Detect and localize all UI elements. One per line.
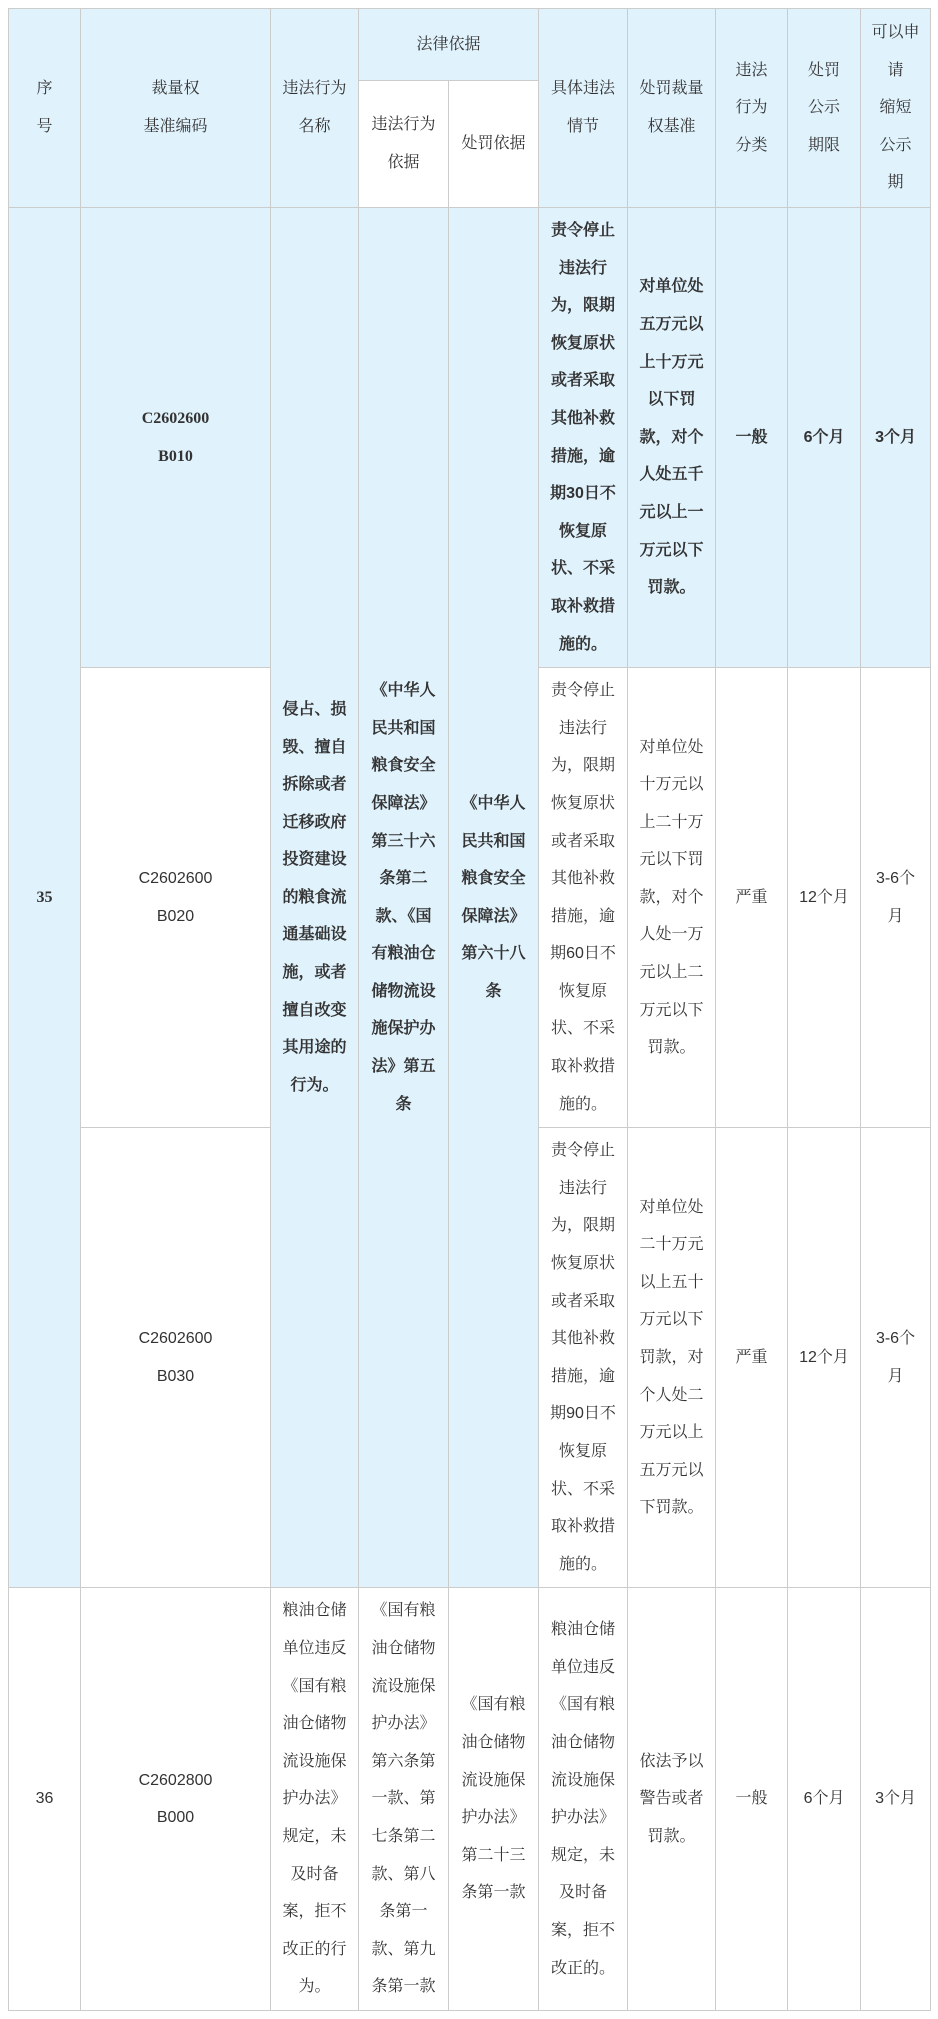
cell-violation-name-35: 侵占、损毁、擅自拆除或者迁移政府投资建设的粮食流通基础设施，或者擅自改变其用途的… [271, 208, 359, 1588]
cell-publicity-period-b020: 12个月 [788, 668, 861, 1128]
cell-circumstances-b030: 责令停止违法行为，限期恢复原状或者采取其他补救措施，逾期90日不恢复原状、不采取… [539, 1128, 628, 1588]
cell-circumstances-b020: 责令停止违法行为，限期恢复原状或者采取其他补救措施，逾期60日不恢复原状、不采取… [539, 668, 628, 1128]
header-penalty-basis: 处罚依据 [449, 81, 539, 208]
cell-publicity-period-b030: 12个月 [788, 1128, 861, 1588]
table-header: 序 号 裁量权 基准编码 违法行为 名称 法律依据 具体违法 情节 处罚裁量 权… [9, 9, 931, 208]
header-discretion-benchmark: 处罚裁量 权基准 [628, 9, 716, 208]
table-row-35-b010: 35 C2602600 B010 侵占、损毁、擅自拆除或者迁移政府投资建设的粮食… [9, 208, 931, 668]
cell-code-36: C2602800 B000 [81, 1588, 271, 2011]
header-violation-name: 违法行为 名称 [271, 9, 359, 208]
cell-classification-b030: 严重 [716, 1128, 788, 1588]
cell-shorten-period-36: 3个月 [861, 1588, 931, 2011]
cell-benchmark-36: 依法予以警告或者罚款。 [628, 1588, 716, 2011]
penalty-benchmark-table: 序 号 裁量权 基准编码 违法行为 名称 法律依据 具体违法 情节 处罚裁量 权… [8, 8, 931, 2011]
cell-classification-36: 一般 [716, 1588, 788, 2011]
cell-publicity-period-36: 6个月 [788, 1588, 861, 2011]
header-shorten-period: 可以申 请 缩短 公示 期 [861, 9, 931, 208]
header-legal-basis-group: 法律依据 [359, 9, 539, 81]
cell-circumstances-b010: 责令停止违法行为，限期恢复原状或者采取其他补救措施，逾期30日不恢复原状、不采取… [539, 208, 628, 668]
header-serial: 序 号 [9, 9, 81, 208]
cell-publicity-period-b010: 6个月 [788, 208, 861, 668]
cell-benchmark-b010: 对单位处五万元以上十万元以下罚款，对个人处五千元以上一万元以下罚款。 [628, 208, 716, 668]
cell-circumstances-36: 粮油仓储单位违反《国有粮油仓储物流设施保护办法》规定，未及时备案，拒不改正的。 [539, 1588, 628, 2011]
header-violation-basis: 违法行为 依据 [359, 81, 449, 208]
cell-violation-name-36: 粮油仓储单位违反《国有粮油仓储物流设施保护办法》规定，未及时备案，拒不改正的行为… [271, 1588, 359, 2011]
header-code: 裁量权 基准编码 [81, 9, 271, 208]
cell-shorten-period-b030: 3-6个月 [861, 1128, 931, 1588]
cell-violation-basis-35: 《中华人民共和国粮食安全保障法》第三十六条第二款、《国有粮油仓储物流设施保护办法… [359, 208, 449, 1588]
cell-benchmark-b030: 对单位处二十万元以上五十万元以下罚款，对个人处二万元以上五万元以下罚款。 [628, 1128, 716, 1588]
header-classification: 违法 行为 分类 [716, 9, 788, 208]
cell-code-b020: C2602600 B020 [81, 668, 271, 1128]
cell-violation-basis-36: 《国有粮油仓储物流设施保护办法》第六条第一款、第七条第二款、第八条第一款、第九条… [359, 1588, 449, 2011]
cell-classification-b020: 严重 [716, 668, 788, 1128]
cell-penalty-basis-36: 《国有粮油仓储物流设施保护办法》第二十三条第一款 [449, 1588, 539, 2011]
cell-code-b030: C2602600 B030 [81, 1128, 271, 1588]
cell-code-b010: C2602600 B010 [81, 208, 271, 668]
cell-classification-b010: 一般 [716, 208, 788, 668]
header-publicity-period: 处罚 公示 期限 [788, 9, 861, 208]
cell-penalty-basis-35: 《中华人民共和国粮食安全保障法》第六十八条 [449, 208, 539, 1588]
cell-benchmark-b020: 对单位处十万元以上二十万元以下罚款，对个人处一万元以上二万元以下罚款。 [628, 668, 716, 1128]
header-circumstances: 具体违法 情节 [539, 9, 628, 208]
page-body: 序 号 裁量权 基准编码 违法行为 名称 法律依据 具体违法 情节 处罚裁量 权… [0, 0, 938, 2019]
cell-shorten-period-b020: 3-6个月 [861, 668, 931, 1128]
table-row-36: 36 C2602800 B000 粮油仓储单位违反《国有粮油仓储物流设施保护办法… [9, 1588, 931, 2011]
cell-serial-36: 36 [9, 1588, 81, 2011]
cell-serial-35: 35 [9, 208, 81, 1588]
cell-shorten-period-b010: 3个月 [861, 208, 931, 668]
